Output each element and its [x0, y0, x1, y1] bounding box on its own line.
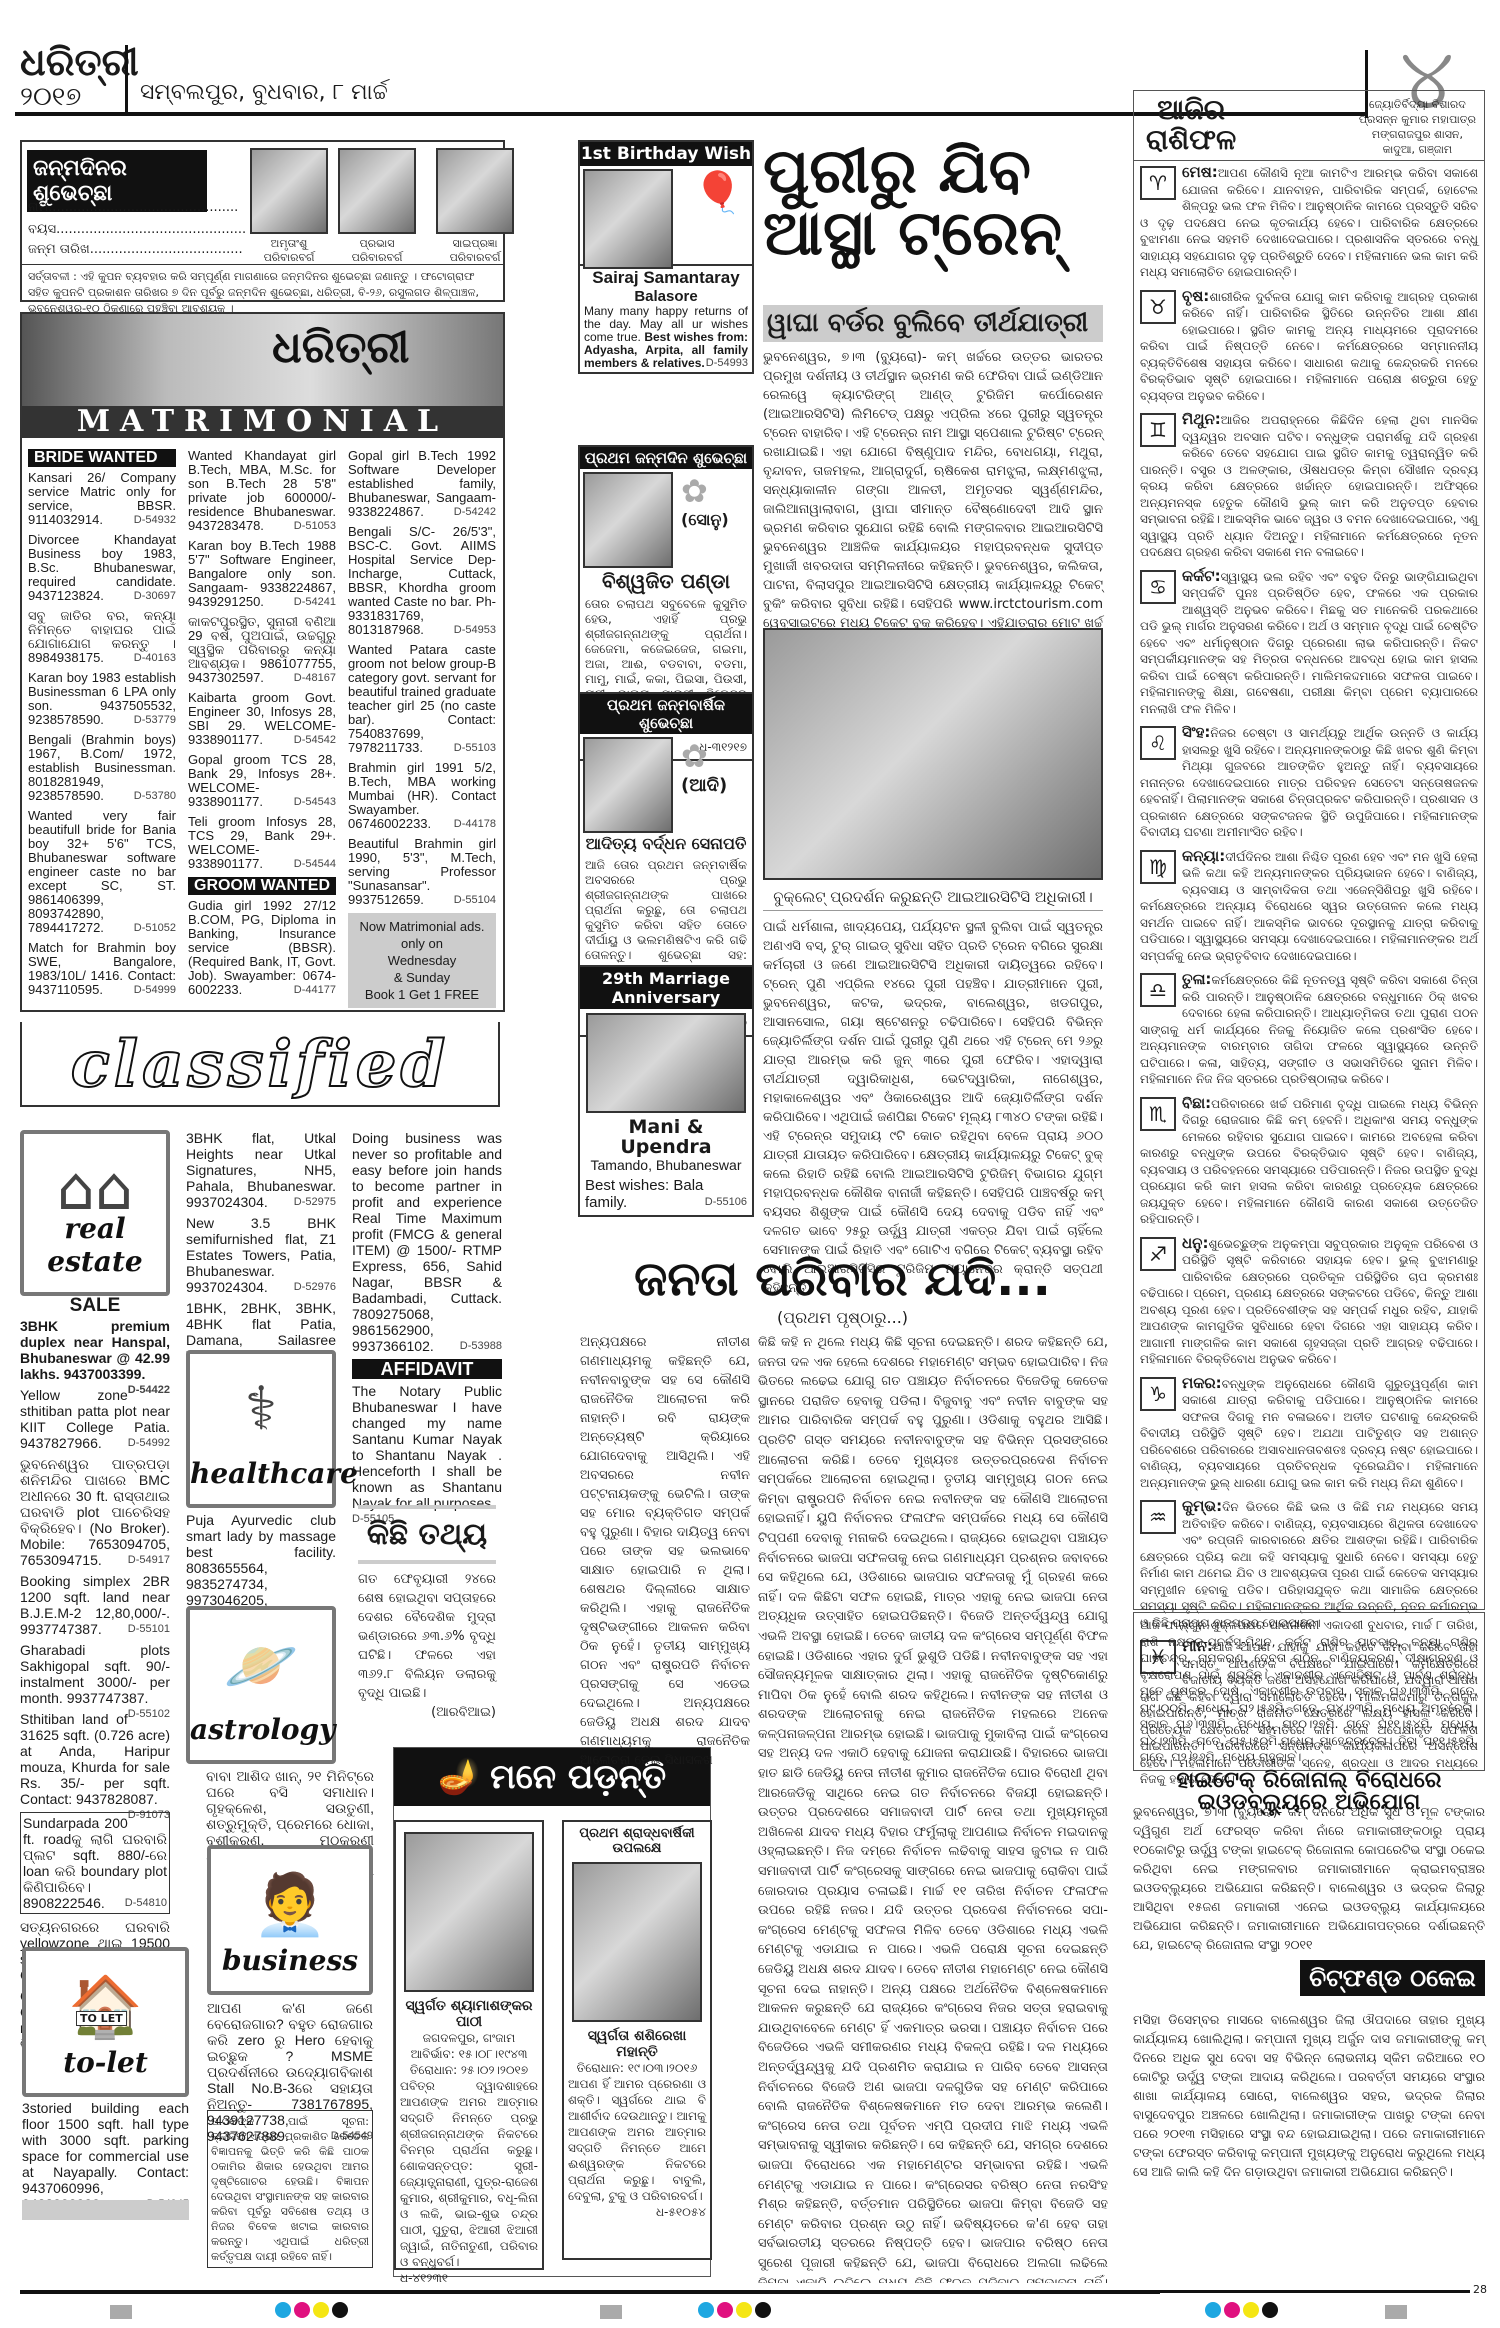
- first-birthday-details: Sairaj Samantaray Balasore Many many hap…: [578, 266, 754, 374]
- header-divider: [125, 45, 128, 115]
- matrimonial-column: Wanted Khandayat girl B.Tech, MBA, M.Sc.…: [188, 449, 336, 1003]
- classified-ad: Doing business was never so profitable a…: [352, 1130, 502, 1354]
- child-photo: [583, 737, 673, 833]
- lead-story-para: ପାଇଁ ଧର୍ମଶାଳା, ଖାଦ୍ୟପେୟ, ପର୍ଯ୍ୟଟନ ସ୍ଥଳୀ …: [763, 918, 1103, 1298]
- classified-ad: Karan boy B.Tech 1988 5'7" Software Engi…: [188, 539, 336, 609]
- classified-ad: Gharabadi plots Sakhigopal sqft. 90/- in…: [20, 1642, 170, 1706]
- first-birthday-ad: 1st Birthday Wish 🎈: [578, 140, 754, 266]
- ram-icon: ♈: [1140, 166, 1176, 200]
- real-estate-category: ⌂⌂ real estate: [20, 1130, 170, 1296]
- virgo-icon: ♍: [1140, 850, 1176, 884]
- registration-mark: [600, 2305, 622, 2319]
- affidavit-heading: AFFIDAVIT: [352, 1359, 502, 1379]
- classified-ad: Kaibarta groom Govt. Engineer 30, Infosy…: [188, 691, 336, 747]
- anniversary-ad: 29th Marriage Anniversary Mani & Upendra…: [578, 965, 754, 1217]
- bull-icon: ♉: [1140, 290, 1176, 324]
- name-field[interactable]: ନାମ.....................................…: [28, 200, 238, 215]
- classified-ad: Match for Brahmin boy SWE, Bangalore, 19…: [28, 941, 176, 997]
- registration-mark: [1385, 2305, 1407, 2319]
- classified-ad: ଭୁବନେଶ୍ୱର ପାତ୍ରପଡ଼ା ଶନିମନ୍ଦିର ପାଖରେ BMC …: [20, 1456, 170, 1568]
- cmyk-marks: [1205, 2302, 1278, 2318]
- deceased-photo: [404, 1832, 534, 1992]
- classified-ad: Gopal groom TCS 28, Bank 29, Infosys 28+…: [188, 753, 336, 809]
- groom-wanted-heading: GROOM WANTED: [188, 877, 336, 895]
- classified-ad: Bengali (Brahmin boys) 1967, B.Com/ 1972…: [28, 733, 176, 803]
- sale-heading: SALE: [20, 1298, 170, 1314]
- janata-headline: ଜନତା ପରିବାର ଯଦି...: [580, 1255, 1105, 1303]
- archer-icon: ♐: [1140, 1237, 1176, 1271]
- kichhi-tathya-text: ଗତ ଫେବୃୟାରୀ ୨୪ରେ ଶେଷ ହୋଇଥିବା ସପ୍ତାହରେ ଦେ…: [358, 1570, 496, 1703]
- source-credit: (ଆରବିଆଇ): [358, 1703, 496, 1722]
- child-photo: [583, 169, 673, 269]
- deceased-name: ସ୍ୱର୍ଗତା ଶଶିରେଖା ମହାନ୍ତି: [568, 2028, 706, 2060]
- classified-ad: Wanted Patara caste groom not below grou…: [348, 643, 496, 755]
- continued-from: (ପ୍ରଥମ ପୃଷ୍ଠାରୁ...): [580, 1308, 1105, 1328]
- janata-story-col2: କିଛି କହି ନ ଥିଲେ ମଧ୍ୟ କିଛି ସୂଚନା ଦେଇଛନ୍ତି…: [758, 1333, 1108, 2283]
- deceased-name: ସ୍ୱର୍ଗତ ଶ୍ୟାମାଶଙ୍କର ପାଠୀ: [400, 1998, 538, 2030]
- classified-ad: 3storied building each floor 1500 sqft. …: [22, 2100, 189, 2212]
- sign-gemini: ♊ମିଥୁନ:ଆଜିର ଅପରାହ୍ନରେ କିଛିଦିନ ହେଲା ଥିବା …: [1134, 408, 1484, 565]
- birthday-coupon: ଜନ୍ମଦିନର ଶୁଭେଚ୍ଛା ନାମ...................…: [20, 140, 505, 302]
- reader-notice: ପାଠକଙ୍କ ପାଇଁ ସୂଚନା: କ୍ଲାସିଫାଏଡ୍‌ରେ ପ୍ରକା…: [207, 2110, 373, 2268]
- sign-cancer: ♋କର୍କଟ:ସ୍ୱାସ୍ଥ୍ୟ ଭଲ ରହିବ ଏବଂ ବହୁତ ଦିନରୁ …: [1134, 565, 1484, 722]
- lion-icon: ♌: [1140, 726, 1176, 760]
- matrimonial-section: ଧରିତ୍ରୀ MATRIMONIAL BRIDE WANTED Kansari…: [20, 312, 505, 1012]
- masthead-year: ୨୦୧୭: [20, 82, 81, 113]
- business-category: 🧑‍💼 business: [207, 1845, 373, 1995]
- classified-ad: Wanted very fair beautifull bride for Ba…: [28, 809, 176, 935]
- classified-ad: Karan boy 1983 establish Businessman 6 L…: [28, 671, 176, 727]
- obituary-right: ପ୍ରଥମ ଶ୍ରାଦ୍ଧବାର୍ଷିକୀ ଉପଲକ୍ଷେ ସ୍ୱର୍ଗତା ଶ…: [562, 1820, 712, 2260]
- classified-ad: ସବୁ ଜାତିର ବର, କନ୍ୟା ନିମନ୍ତେ ବାହାଘର ପାଇଁ …: [28, 609, 176, 665]
- classified-ad: କାକଟପୁରସ୍ଥିତ, ସୁନାରୀ ବଣିଆ 29 ବର୍ଷ, ପୁଅପା…: [188, 615, 336, 685]
- kichhi-tathya-title: କିଛି ତଥ୍ୟ: [358, 1509, 496, 1560]
- house-for-rent-icon: 🏠: [26, 1971, 185, 2042]
- hitech-story-para: ଭୁବନେଶ୍ୱର, ୭।୩ (ବ୍ୟୁରୋ)- କମ୍ ଦିନରେ ଅଧିକ …: [1133, 1802, 1485, 1954]
- matrimonial-promo: Now Matrimonial ads. only onWednesday& S…: [348, 913, 496, 1008]
- dateline: ସମ୍ବଲପୁର, ବୁଧବାର, ୮ ମାର୍ଚ୍ଚ: [140, 80, 388, 105]
- classified-ad: Beautiful Brahmin girl 1990, 5'3", M.Tec…: [348, 837, 496, 907]
- photo-caption: ପ୍ରଭାସପରିବାରବର୍ଗ: [332, 237, 422, 265]
- hitech-story-para: ମସିହା ଡିସେମ୍ବର ମାସରେ ବାଲେଶ୍ୱର ଜିଲା ଔପଦାର…: [1133, 2010, 1485, 2181]
- lead-headline: ପୁରୀରୁ ଯିବ ଆସ୍ଥା ଟ୍ରେନ୍: [763, 140, 1103, 264]
- photo-caption: ଅମୃତାଂଶୁପରିବାରବର୍ଗ: [244, 237, 334, 265]
- matrimonial-column: BRIDE WANTED Kansari 26/ Company service…: [28, 449, 176, 1003]
- child-photo: [436, 148, 514, 234]
- deceased-photo: [572, 1862, 702, 2022]
- bride-wanted-heading: BRIDE WANTED: [28, 449, 176, 467]
- kichhi-tathya-box: କିଛି ତଥ୍ୟ ଗତ ଫେବୃୟାରୀ ୨୪ରେ ଶେଷ ହୋଇଥିବା ସ…: [358, 1505, 496, 1722]
- sign-sagittarius: ♐ଧନୁ:ଶୁଭେଚ୍ଛୁଙ୍କ ଅନୁକମ୍ପା ସବୁପ୍ରକାର ଅନୁକ…: [1134, 1232, 1484, 1372]
- couple-photo: [586, 1013, 746, 1113]
- classified-ad: Sundarpada 200 ft. roadକୁ ଲାଗି ଘରବାରି ପ୍…: [20, 1812, 170, 1914]
- lead-subhead: ୱାଘା ବର୍ଡର ବୁଲିବେ ତୀର୍ଥଯାତ୍ରୀ: [763, 305, 1103, 342]
- child-photo: [250, 148, 328, 234]
- lead-story-photo: [763, 628, 1103, 880]
- classified-ad: 3BHK flat, Utkal Heights near Utkal Sign…: [186, 1130, 336, 1210]
- sign-aries: ♈ମେଷ:ଆପଣ କୌଣସି ନୂଆ କାମଟିଏ ଆରମ୍ଭ କରିବା ସକ…: [1134, 161, 1484, 285]
- scales-icon: ♎: [1140, 973, 1176, 1007]
- matrimonial-title: MATRIMONIAL: [22, 406, 503, 438]
- cmyk-marks: [698, 2302, 771, 2318]
- sign-taurus: ♉ବୃଷ:ଶାରୀରିକ ଦୁର୍ବଳତା ଯୋଗୁ କାମ କରିବାକୁ ଆ…: [1134, 285, 1484, 409]
- flowers-icon: ✿: [681, 737, 727, 775]
- child-photo: [583, 472, 673, 568]
- dob-field[interactable]: ଜନ୍ମ ତାରିଖ..............................…: [28, 242, 243, 257]
- scorpion-icon: ♏: [1140, 1097, 1176, 1131]
- sign-leo: ♌ସିଂହ:ନିଜର ଚେଷ୍ଟା ଓ ସାମର୍ଥ୍ୟରୁ ଆର୍ଥିକ ଉନ…: [1134, 721, 1484, 845]
- classified-ad: 3BHK premium duplex near Hanspal, Bhuban…: [20, 1318, 170, 1382]
- footer-rule: [20, 2290, 1160, 2294]
- classified-ad: Divorcee Khandayat Business boy 1983, B.…: [28, 533, 176, 603]
- child-photo: [338, 148, 416, 234]
- water-bearer-icon: ♒: [1140, 1500, 1176, 1534]
- placeholder-bar: [22, 2200, 189, 2220]
- photo-caption: ସାଇପ୍ରଜ୍ଞାପରିବାରବର୍ଗ: [430, 237, 520, 265]
- healthcare-category: ⚕ healthcare: [186, 1350, 336, 1508]
- classified-ad: Gudia girl 1992 27/12 B.COM, PG, Diploma…: [188, 899, 336, 997]
- sign-virgo: ♍କନ୍ୟା:ଦୀର୍ଘଦିନର ଆଶା ନିଶ୍ଚିତ ପୂରଣ ହେବ ଏବ…: [1134, 845, 1484, 969]
- classified-ad: Kansari 26/ Company service Matric only …: [28, 471, 176, 527]
- classified-ad: Bengali S/C- 26/5'3", BSC-C. Govt. AIIMS…: [348, 525, 496, 637]
- panjika-box: ଆଜି ଫାଲ୍‌ଗୁନ ଶୁକ୍ଳପକ୍ଷର ପାପନାଶିନୀ ଏକାଦଶୀ…: [1133, 1612, 1485, 1771]
- classified-ad: Wanted Khandayat girl B.Tech, MBA, M.Sc.…: [188, 449, 336, 533]
- obituary-left: ସ୍ୱର୍ଗତ ଶ୍ୟାମାଶଙ୍କର ପାଠୀ ଜଗଦଳପୁର, ଗଂଜାମ …: [394, 1820, 544, 2270]
- classified-ad: Teli groom Infosys 28, TCS 29, Bank 29+.…: [188, 815, 336, 871]
- cmyk-marks: [275, 2302, 348, 2318]
- janata-story-col1: ଅନ୍ୟପକ୍ଷରେ ନୀତୀଶ ଗଣମାଧ୍ୟମକୁ କହିଛନ୍ତି ଯେ,…: [580, 1333, 750, 1770]
- matrimonial-column: Gopal girl B.Tech 1992 Software Develope…: [348, 449, 496, 1008]
- registration-mark: [110, 2305, 132, 2319]
- classified-ad: Brahmin girl 1991 5/2, B.Tech, MBA worki…: [348, 761, 496, 831]
- classified-ad: Gopal girl B.Tech 1992 Software Develope…: [348, 449, 496, 519]
- to-let-sign: TO LET: [76, 2011, 127, 2026]
- to-let-category: 🏠 TO LET to-let: [22, 1947, 189, 2097]
- business-people-icon: 🧑‍💼: [211, 1869, 369, 1940]
- footer-rule: [1160, 2290, 1470, 2293]
- masthead-logo: ଧରିତ୍ରୀ: [20, 42, 139, 82]
- astrology-category: 🪐 astrology: [186, 1606, 336, 1764]
- crab-icon: ♋: [1140, 570, 1176, 604]
- planet-icon: 🪐: [190, 1630, 332, 1701]
- classified-column: Doing business was never so profitable a…: [352, 1130, 502, 1532]
- stethoscope-icon: ⚕: [190, 1374, 332, 1444]
- chitfund-kicker: ଚିଟ୍‌ଫଣ୍ଡ ଠକେଇ: [1300, 1960, 1485, 1996]
- rashiphala-section: ଆଜିରରାଶିଫଳ ଜ୍ୟୋତିର୍ବିଦ୍ୟା ବିଶାରଦପ୍ରସନ୍ନ …: [1133, 90, 1485, 1610]
- sign-scorpio: ♏ବିଛା:ପରିବାରରେ ଖର୍ଚ୍ଚ ପରିମାଣ ବୃଦ୍ଧି ପାଇଲ…: [1134, 1092, 1484, 1232]
- photo-caption: ବୁକ୍‌ଲେଟ୍ ପ୍ରଦର୍ଶନ କରୁଛନ୍ତି ଆଇଆରସିଟିସି ଅ…: [763, 888, 1103, 911]
- sign-capricorn: ♑ମକର:ବନ୍ଧୁଙ୍କ ଅନୁରୋଧରେ କୌଣସି ଗୁରୁତ୍ୱପୂର୍…: [1134, 1372, 1484, 1496]
- lamp-icon: 🪔: [438, 1757, 480, 1797]
- classified-banner: classified: [20, 1022, 500, 1107]
- age-field[interactable]: ବୟସ.....................................…: [28, 222, 246, 237]
- classified-ad: Booking simplex 2BR 1200 sqft. land near…: [20, 1573, 170, 1637]
- brand-logo: ଧରିତ୍ରୀ: [272, 322, 409, 373]
- goat-icon: ♑: [1140, 1377, 1176, 1411]
- sign-libra: ♎ତୁଳା:କର୍ମକ୍ଷେତ୍ରରେ କିଛି ନୂତନତ୍ୱ ସୃଷ୍ଟି …: [1134, 968, 1484, 1092]
- flowers-icon: ✿: [681, 472, 729, 510]
- astrologer-credit: ଜ୍ୟୋତିର୍ବିଦ୍ୟା ବିଶାରଦପ୍ରସନ୍ନ କୁମାର ମହାପା…: [1359, 97, 1476, 157]
- print-page-number: 28: [1473, 2283, 1487, 2296]
- twins-icon: ♊: [1140, 413, 1176, 447]
- lead-story-para: ଭୁବନେଶ୍ୱର, ୭।୩ (ବ୍ୟୁରୋ)- କମ୍ ଖର୍ଚ୍ଚରେ ଉତ…: [763, 348, 1103, 652]
- rashiphala-title: ଆଜିରରାଶିଫଳ: [1146, 95, 1236, 155]
- classified-ad: Sthitiban land of 31625 sqft. (0.726 acr…: [20, 1711, 170, 1807]
- classified-ad: New 3.5 BHK semifurnished flat, Z1 Estat…: [186, 1215, 336, 1295]
- obituary-section: 🪔ମନେ ପଡ଼ନ୍ତି ସ୍ୱର୍ଗତ ଶ୍ୟାମାଶଙ୍କର ପାଠୀ ଜଗ…: [393, 1747, 711, 2277]
- rashiphala-header: ଆଜିରରାଶିଫଳ ଜ୍ୟୋତିର୍ବିଦ୍ୟା ବିଶାରଦପ୍ରସନ୍ନ …: [1134, 91, 1484, 161]
- balloons-icon: 🎈: [693, 169, 743, 269]
